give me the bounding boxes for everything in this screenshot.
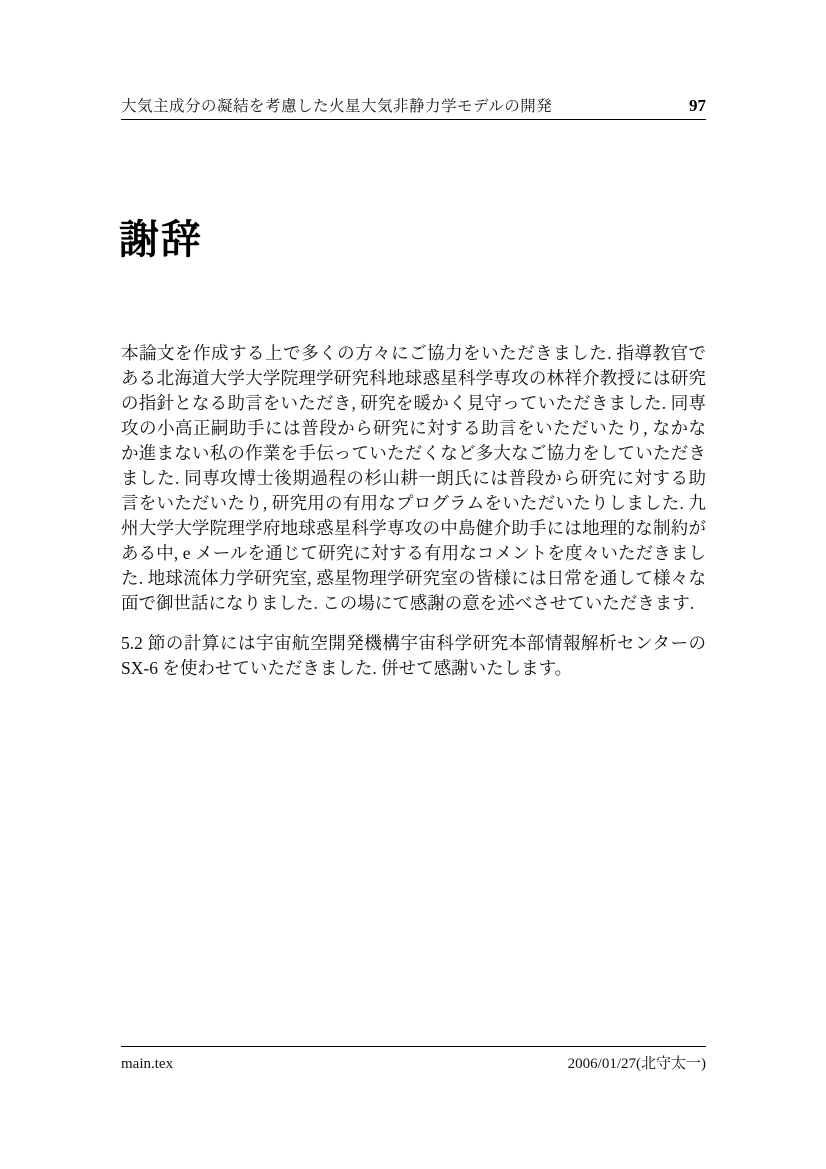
chapter-heading: 謝辞 [119, 218, 203, 262]
running-title: 大気主成分の凝結を考慮した火星大気非静力学モデルの開発 [121, 94, 552, 116]
body-text: 本論文を作成する上で多くの方々にご協力をいただきました. 指導教官である北海道大… [121, 341, 706, 681]
running-header: 大気主成分の凝結を考慮した火星大気非静力学モデルの開発 97 [121, 94, 706, 120]
page-footer: main.tex 2006/01/27(北守太一) [121, 1046, 706, 1073]
page-number: 97 [689, 96, 706, 116]
document-page: 大気主成分の凝結を考慮した火星大気非静力学モデルの開発 97 謝辞 本論文を作成… [0, 0, 826, 1169]
footer-date-author: 2006/01/27(北守太一) [568, 1052, 706, 1073]
computing-acknowledgment-paragraph: 5.2 節の計算には宇宙航空開発機構宇宙科学研究本部情報解析センターの SX-6… [121, 631, 706, 681]
footer-filename: main.tex [121, 1056, 173, 1073]
acknowledgment-paragraph: 本論文を作成する上で多くの方々にご協力をいただきました. 指導教官である北海道大… [121, 341, 706, 616]
